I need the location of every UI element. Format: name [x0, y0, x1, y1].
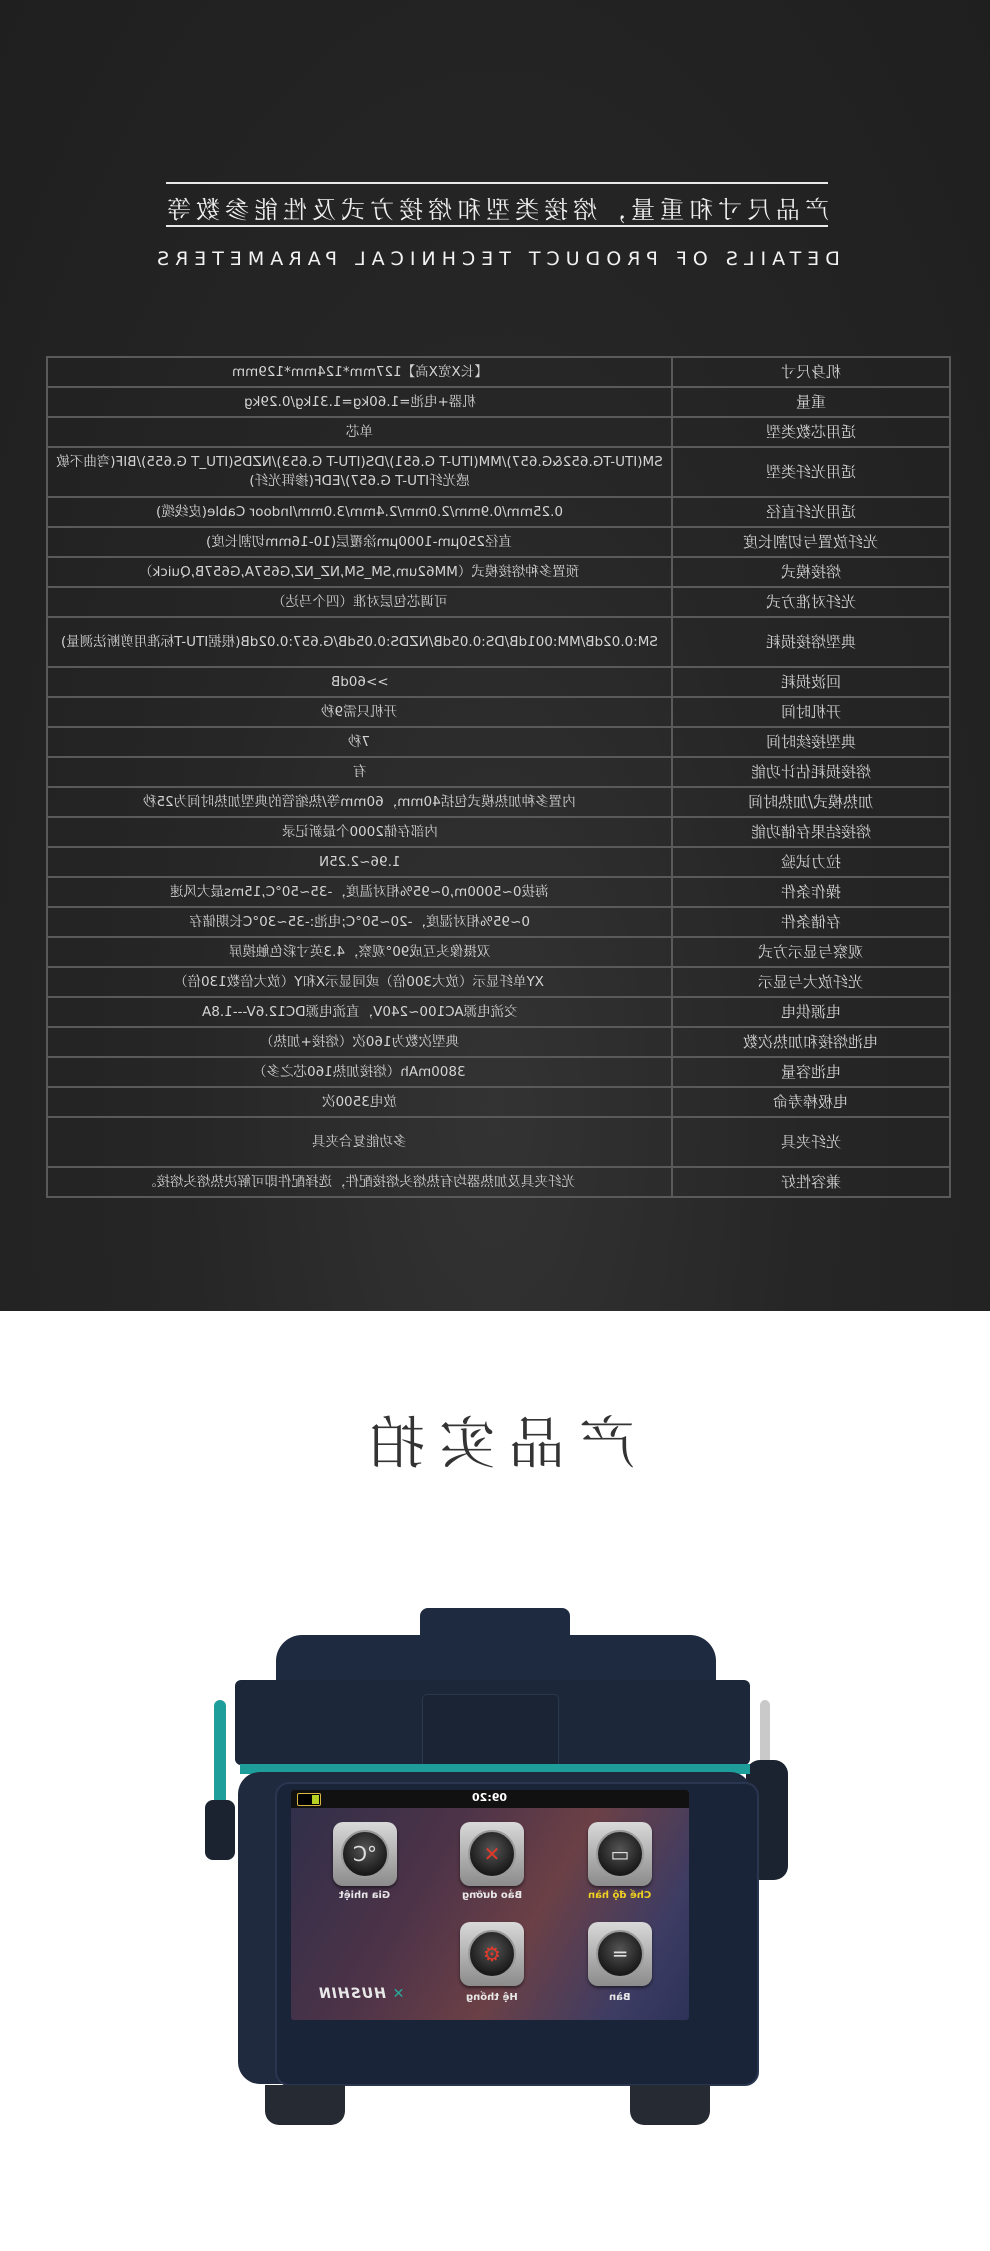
app-splice-table[interactable]: ═ [588, 1922, 652, 1986]
splice-mode-icon: ▭ [596, 1830, 644, 1878]
splice-table-icon: ═ [596, 1930, 644, 1978]
app-label-maintenance: Bảo dưỡng [437, 1890, 547, 1901]
app-label-splice-mode: Chế độ hàn [565, 1890, 675, 1901]
app-heater[interactable]: °C [333, 1822, 397, 1886]
clock: 09:20 [291, 1791, 689, 1804]
system-gear-icon: ⚙ [468, 1930, 516, 1978]
right-foot [630, 2085, 710, 2125]
status-bar: 09:20 [291, 1790, 689, 1808]
app-label-system: Hệ thống [437, 1992, 547, 2003]
left-strap-end [205, 1800, 235, 1860]
maintenance-tools-icon: ✕ [468, 1830, 516, 1878]
app-maintenance[interactable]: ✕ [460, 1822, 524, 1886]
app-system[interactable]: ⚙ [460, 1922, 524, 1986]
app-label-heater: Gia nhiệt [310, 1890, 420, 1901]
app-splice-mode[interactable]: ▭ [588, 1822, 652, 1886]
heater-celsius-icon: °C [341, 1830, 389, 1878]
brand-logo: ✕ HUSHIN [318, 1986, 404, 2002]
left-foot [265, 2085, 345, 2125]
app-label-splice-table: Bàn [565, 1992, 675, 2003]
fusion-splicer-photo: 09:20 ▭ Chế độ hàn ✕ Bảo dưỡng °C Gia nh… [0, 0, 990, 2251]
